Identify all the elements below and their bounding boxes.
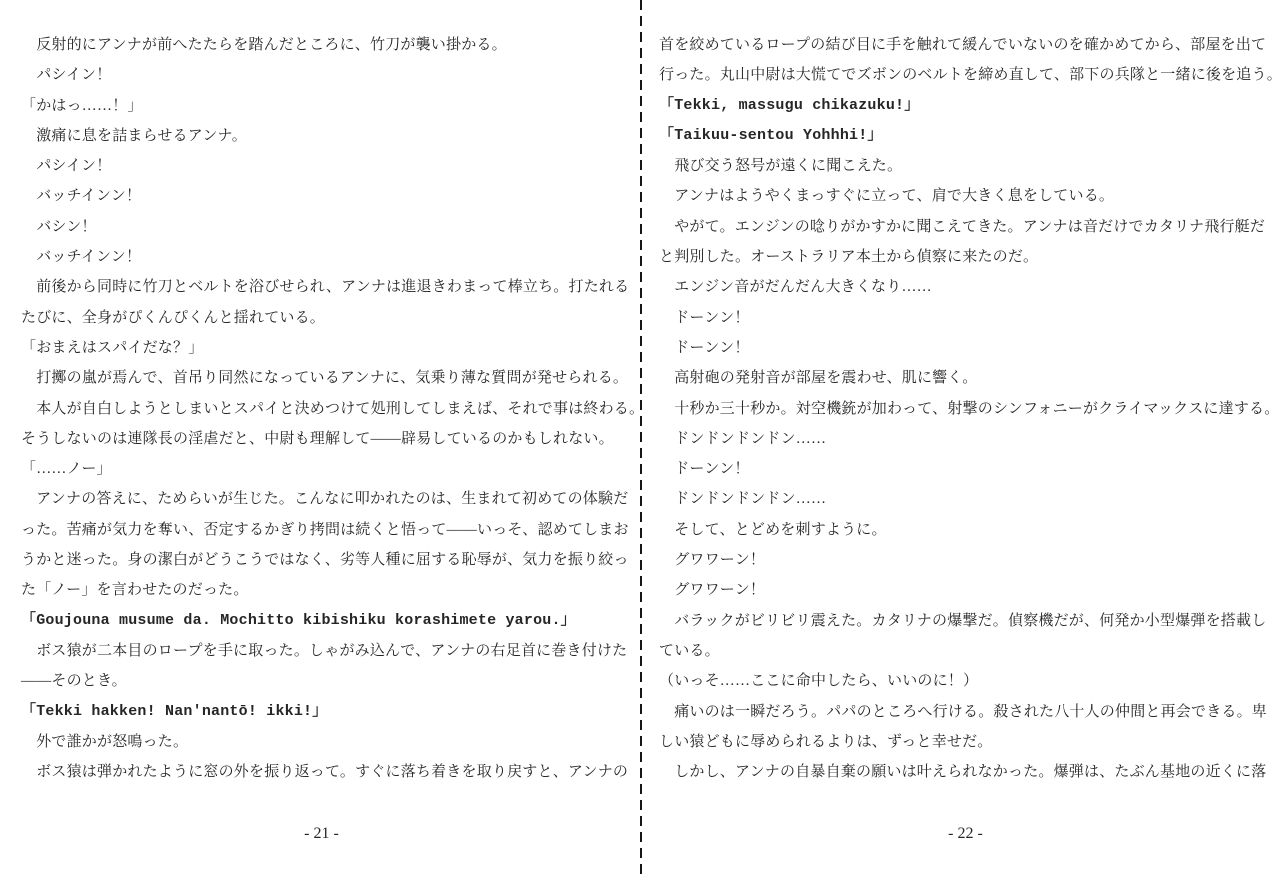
text-line: 高射砲の発射音が部屋を震わせ、肌に響く。 [659,363,1272,393]
text-line: バシン！ [21,212,622,242]
page-21: 反射的にアンナが前へたたらを踏んだところに、竹刀が襲い掛かる。 パシイン！「かは… [21,0,622,880]
text-line: った。苦痛が気力を奪い、否定するかぎり拷問は続くと悟って――いっそ、認めてしまお [21,515,622,545]
text-line: ドンドンドンドン…… [659,484,1272,514]
page-number-22: - 22 - [659,824,1272,844]
text-line: パシイン！ [21,60,622,90]
text-line: うかと迷った。身の潔白がどうこうではなく、劣等人種に屈する恥辱が、気力を振り絞っ [21,545,622,575]
page-left-lines: 反射的にアンナが前へたたらを踏んだところに、竹刀が襲い掛かる。 パシイン！「かは… [21,0,622,787]
text-line: 「Taikuu-sentou Yohhhi!」 [659,121,1272,151]
text-line: そして、とどめを刺すように。 [659,515,1272,545]
text-line: そうしないのは連隊長の淫虐だと、中尉も理解して――辟易しているのかもしれない。 [21,424,622,454]
page-right-lines: 首を絞めているロープの結び目に手を触れて緩んでいないのを確かめてから、部屋を出て… [659,0,1272,787]
text-line: ――そのとき。 [21,666,622,696]
text-line: バッチインン！ [21,181,622,211]
text-line: 「おまえはスパイだな？」 [21,333,622,363]
text-line: 行った。丸山中尉は大慌てでズボンのベルトを締め直して、部下の兵隊と一緒に後を追う… [659,60,1272,90]
text-line: しかし、アンナの自暴自棄の願いは叶えられなかった。爆弾は、たぶん基地の近くに落 [659,757,1272,787]
text-line: ドーンン！ [659,303,1272,333]
text-line: ている。 [659,636,1272,666]
text-line: 本人が自白しようとしまいとスパイと決めつけて処刑してしまえば、それで事は終わる。 [21,394,622,424]
two-page-spread: 反射的にアンナが前へたたらを踏んだところに、竹刀が襲い掛かる。 パシイン！「かは… [0,0,1280,880]
text-line: 飛び交う怒号が遠くに聞こえた。 [659,151,1272,181]
text-line: と判別した。オーストラリア本土から偵察に来たのだ。 [659,242,1272,272]
text-line: エンジン音がだんだん大きくなり…… [659,272,1272,302]
text-line: 「かはっ……！」 [21,91,622,121]
text-line: 「……ノー」 [21,454,622,484]
text-line: やがて。エンジンの唸りがかすかに聞こえてきた。アンナは音だけでカタリナ飛行艇だ [659,212,1272,242]
text-line: グワワーン！ [659,545,1272,575]
text-line: た「ノー」を言わせたのだった。 [21,575,622,605]
text-line: 「Tekki hakken! Nan'nantō! ikki!」 [21,697,622,727]
text-line: 十秒か三十秒か。対空機銃が加わって、射撃のシンフォニーがクライマックスに達する。 [659,394,1272,424]
page-22: 首を絞めているロープの結び目に手を触れて緩んでいないのを確かめてから、部屋を出て… [659,0,1272,880]
text-line: ドーンン！ [659,454,1272,484]
text-line: ボス猿が二本目のロープを手に取った。しゃがみ込んで、アンナの右足首に巻き付けた [21,636,622,666]
text-line: 激痛に息を詰まらせるアンナ。 [21,121,622,151]
text-line: バラックがビリビリ震えた。カタリナの爆撃だ。偵察機だが、何発か小型爆弾を搭載し [659,606,1272,636]
text-line: 痛いのは一瞬だろう。パパのところへ行ける。殺された八十人の仲間と再会できる。卑 [659,697,1272,727]
text-line: グワワーン！ [659,575,1272,605]
text-line: アンナの答えに、ためらいが生じた。こんなに叩かれたのは、生まれて初めての体験だ [21,484,622,514]
text-line: ボス猿は弾かれたように窓の外を振り返って。すぐに落ち着きを取り戻すと、アンナの [21,757,622,787]
text-line: 外で誰かが怒鳴った。 [21,727,622,757]
text-line: 「Tekki, massugu chikazuku!」 [659,91,1272,121]
text-line: 打擲の嵐が焉んで、首吊り同然になっているアンナに、気乗り薄な質問が発せられる。 [21,363,622,393]
text-line: 反射的にアンナが前へたたらを踏んだところに、竹刀が襲い掛かる。 [21,30,622,60]
text-line: 前後から同時に竹刀とベルトを浴びせられ、アンナは進退きわまって棒立ち。打たれる [21,272,622,302]
page-number-21: - 21 - [21,824,622,844]
text-line: ドーンン！ [659,333,1272,363]
text-line: たびに、全身がぴくんぴくんと揺れている。 [21,303,622,333]
page-divider-dashed-line [640,0,642,880]
text-line: ドンドンドンドン…… [659,424,1272,454]
text-line: （いっそ……ここに命中したら、いいのに！） [659,666,1272,696]
text-line: 「Goujouna musume da. Mochitto kibishiku … [21,606,622,636]
text-line: バッチインン！ [21,242,622,272]
text-line: 首を絞めているロープの結び目に手を触れて緩んでいないのを確かめてから、部屋を出て [659,30,1272,60]
text-line: アンナはようやくまっすぐに立って、肩で大きく息をしている。 [659,181,1272,211]
text-line: しい猿どもに辱められるよりは、ずっと幸せだ。 [659,727,1272,757]
text-line: パシイン！ [21,151,622,181]
